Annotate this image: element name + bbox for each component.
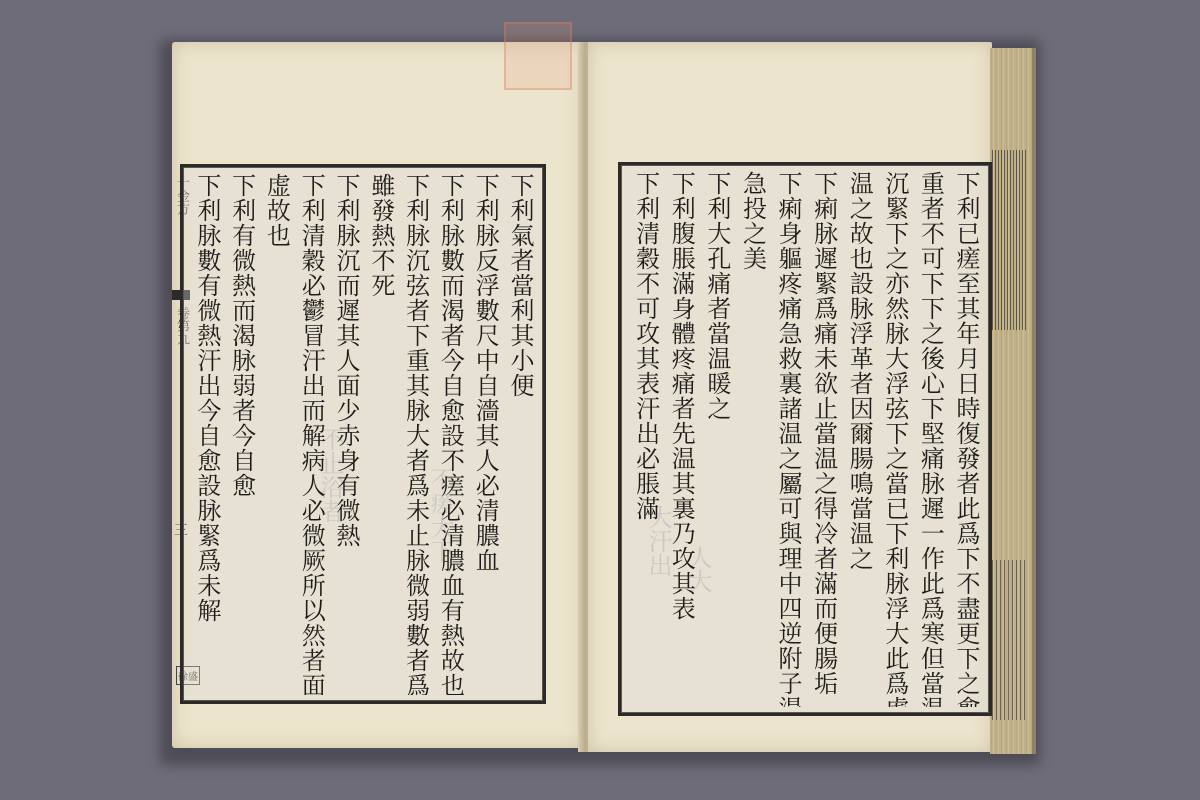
- text-column: 下利脉數而渴者今自愈設不瘥必清膿血有熱故也: [433, 173, 468, 695]
- collector-seal-stamp: [504, 22, 572, 90]
- fore-edge-ink-marks-bottom: [992, 560, 1028, 720]
- text-column: 下利大孔痛者當温暖之: [698, 171, 734, 707]
- right-text-columns: 下利已瘥至其年月日時復發者此爲下不盡更下之愈風寒 重者不可下下之後心下堅痛脉遲一…: [627, 171, 983, 707]
- text-column: 虚故也: [259, 173, 294, 695]
- text-column: 下痢脉遲緊爲痛未欲止當温之得冷者滿而便腸垢: [805, 171, 841, 707]
- fore-edge-ink-marks-top: [992, 150, 1028, 330]
- text-column: 下利腹脹滿身體疼痛者先温其裏乃攻其表: [663, 171, 699, 707]
- text-column: 下利脉沉而遲其人面少赤身有微熱: [328, 173, 363, 695]
- text-column: 重者不可下下之後心下堅痛脉遲一作此爲寒但當温之脉: [912, 171, 948, 707]
- text-column: 温之故也設脉浮革者因爾腸鳴當温之: [841, 171, 877, 707]
- text-column: 下痢身軀疼痛急救裏諸温之屬可與理中四逆附子湯熱藥: [769, 171, 805, 707]
- right-text-frame: 大汗出 人大 下利已瘥至其年月日時復發者此爲下不盡更下之愈風寒 重者不可下下之後…: [618, 162, 992, 716]
- text-column: 沉緊下之亦然脉大浮弦下之當已下利脉浮大此爲虚以強: [876, 171, 912, 707]
- text-column: 急投之美: [734, 171, 770, 707]
- text-column: 下利清穀不可攻其表汗出必脹滿: [627, 171, 663, 707]
- left-text-columns: 下利氣者當利其小便 下利脉反浮數尺中自濇其人必清膿血 下利脉數而渴者今自愈設不瘥…: [189, 173, 537, 695]
- text-column: 下利脉沉弦者下重其脉大者爲未止脉微弱數者爲欲自止: [398, 173, 433, 695]
- text-column: 下利脉數有微熱汗出今自愈設脉緊爲未解: [189, 173, 224, 695]
- text-column: 下利脉反浮數尺中自濇其人必清膿血: [467, 173, 502, 695]
- text-column: 下利已瘥至其年月日時復發者此爲下不盡更下之愈風寒: [947, 171, 983, 707]
- text-column: 下利氣者當利其小便: [502, 173, 537, 695]
- left-text-frame: 不瘥大下 不止浴者 下利氣者當利其小便 下利脉反浮數尺中自濇其人必清膿血 下利脉…: [180, 164, 546, 704]
- text-column: 下利有微熱而渴脉弱者今自愈: [224, 173, 259, 695]
- text-column: 雖發熱不死: [363, 173, 398, 695]
- text-column: 下利清穀必鬱冒汗出而解病人必微厥所以然者面戴陽下: [293, 173, 328, 695]
